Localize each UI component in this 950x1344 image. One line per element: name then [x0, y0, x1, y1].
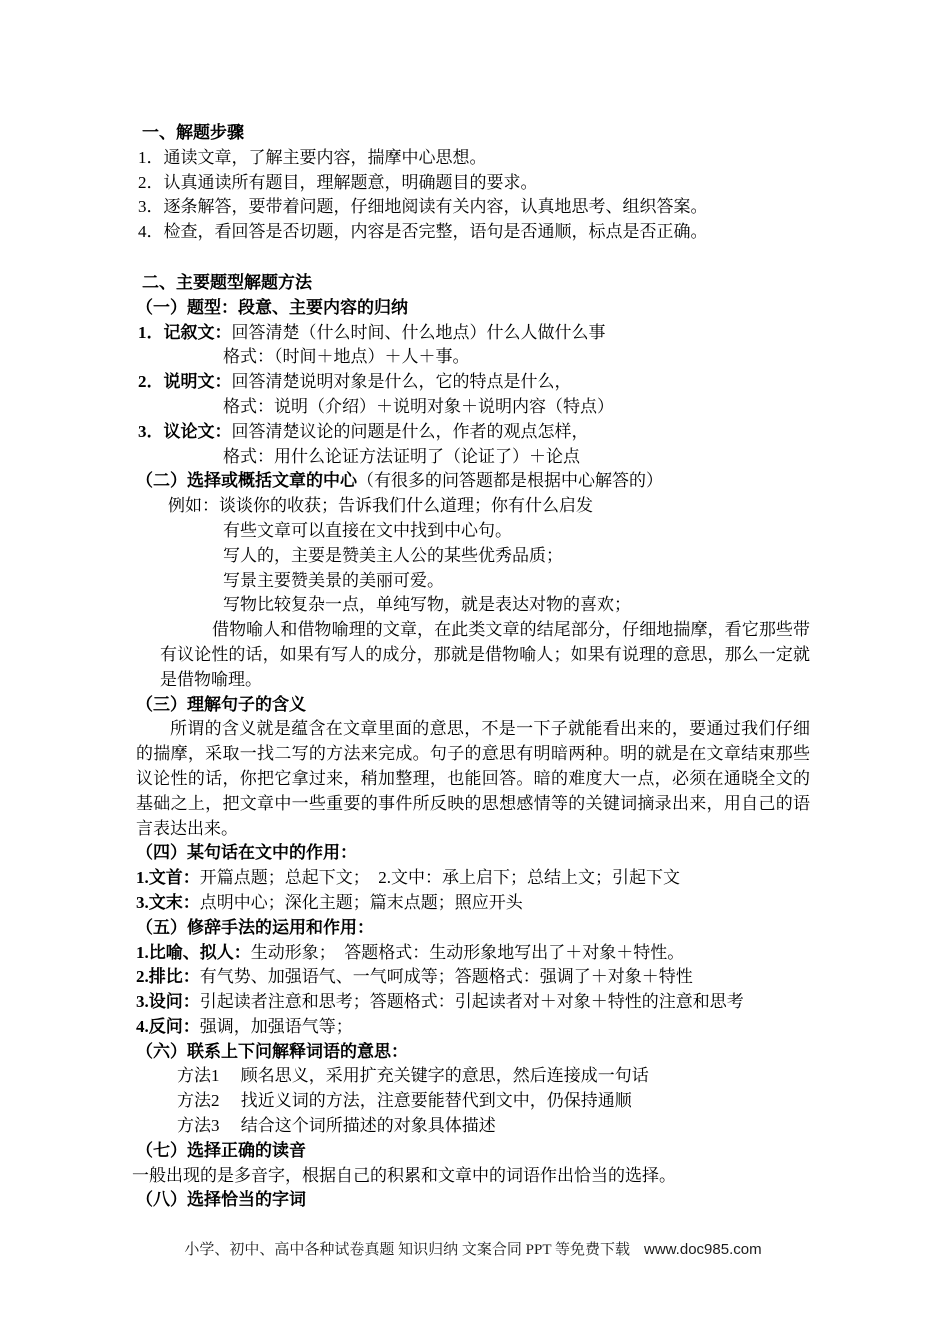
format-line: 格式：说明（介绍）＋说明对象＋说明内容（特点）: [223, 395, 810, 420]
paragraph: 所谓的含义就是蕴含在文章里面的意思，不是一下子就能看出来的，要通过我们仔细的揣摩…: [136, 717, 810, 841]
list-item: 1.文首：开篇点题；总起下文； 2.文中：承上启下；总结上文；引起下文: [136, 866, 810, 891]
text-run: 一般出现的是多音字，根据自己的积累和文章中的词语作出恰当的选择。: [132, 1166, 676, 1185]
text-run: （有很多的问答题都是根据中心解答的）: [357, 471, 663, 490]
text-run: 强调，加强语气等；: [200, 1017, 353, 1036]
sub-heading: （六）联系上下问解释词语的意思：: [136, 1040, 810, 1065]
list-item: 1．记叙文：回答清楚（什么时间、什么地点）什么人做什么事: [138, 321, 810, 346]
bold-text-run: 3．议论文：: [138, 422, 232, 441]
blank-line: [136, 245, 810, 271]
bold-text-run: 3.文末：: [136, 893, 200, 912]
sub-heading: （八）选择恰当的字词: [136, 1188, 810, 1213]
bold-text-run: （二）选择或概括文章的中心: [136, 471, 357, 490]
example-line: 写物比较复杂一点，单纯写物，就是表达对物的喜欢；: [223, 593, 810, 618]
text-run: 2．认真通读所有题目，理解题意，明确题目的要求。: [138, 173, 538, 192]
footer-text: 小学、初中、高中各种试卷真题 知识归纳 文案合同 PPT 等免费下载: [184, 1242, 630, 1258]
text-run: 3．逐条解答，要带着问题，仔细地阅读有关内容，认真地思考、组织答案。: [138, 197, 708, 216]
text-run: 例如：谈谈你的收获；告诉我们什么道理；你有什么启发: [168, 496, 593, 515]
format-line: 格式：（时间＋地点）＋人＋事。: [223, 345, 810, 370]
footer-url: www.doc985.com: [644, 1241, 762, 1258]
text-run: 回答清楚议论的问题是什么，作者的观点怎样，: [232, 422, 589, 441]
body-line: 一般出现的是多音字，根据自己的积累和文章中的词语作出恰当的选择。: [132, 1164, 810, 1189]
method-line: 方法2 找近义词的方法，注意要能替代到文中，仍保持通顺: [177, 1089, 810, 1114]
text-run: 方法1 顾名思义，采用扩充关键字的意思，然后连接成一句话: [177, 1066, 649, 1085]
bold-text-run: 二、主要题型解题方法: [142, 273, 312, 292]
bold-text-run: 1.比喻、拟人：: [136, 943, 251, 962]
page-footer: 小学、初中、高中各种试卷真题 知识归纳 文案合同 PPT 等免费下载www.do…: [136, 1238, 810, 1259]
bold-text-run: （一）题型：段意、主要内容的归纳: [136, 298, 408, 317]
bold-text-run: 2．说明文：: [138, 372, 232, 391]
section-heading: 二、主要题型解题方法: [142, 271, 810, 296]
list-item: 3.文末：点明中心；深化主题；篇末点题；照应开头: [136, 891, 810, 916]
bold-text-run: （三）理解句子的含义: [136, 695, 306, 714]
text-run: 引起读者注意和思考；答题格式：引起读者对＋对象＋特性的注意和思考: [200, 992, 744, 1011]
text-run: 回答清楚（什么时间、什么地点）什么人做什么事: [232, 323, 606, 342]
bold-text-run: 1.文首：: [136, 868, 200, 887]
list-item: 3．逐条解答，要带着问题，仔细地阅读有关内容，认真地思考、组织答案。: [138, 195, 810, 220]
text-run: 生动形象； 答题格式：生动形象地写出了＋对象＋特性。: [251, 943, 685, 962]
section-heading: 一、解题步骤: [142, 121, 810, 146]
example-line: 写景主要赞美景的美丽可爱。: [223, 569, 810, 594]
text-run: 回答清楚说明对象是什么，它的特点是什么，: [232, 372, 572, 391]
text-run: 1．通读文章，了解主要内容，揣摩中心思想。: [138, 148, 487, 167]
document-page: 一、解题步骤1．通读文章，了解主要内容，揣摩中心思想。2．认真通读所有题目，理解…: [0, 0, 950, 1259]
list-item: 1.比喻、拟人：生动形象； 答题格式：生动形象地写出了＋对象＋特性。: [136, 941, 810, 966]
text-run: 有些文章可以直接在文中找到中心句。: [223, 521, 512, 540]
text-run: 写景主要赞美景的美丽可爱。: [223, 571, 444, 590]
bold-text-run: （五）修辞手法的运用和作用：: [136, 918, 374, 937]
example-line: 写人的，主要是赞美主人公的某些优秀品质；: [223, 544, 810, 569]
paragraph: 借物喻人和借物喻理的文章，在此类文章的结尾部分，仔细地揣摩，看它那些带有议论性的…: [160, 618, 810, 692]
example-line: 例如：谈谈你的收获；告诉我们什么道理；你有什么启发: [168, 494, 810, 519]
text-run: 写人的，主要是赞美主人公的某些优秀品质；: [223, 546, 563, 565]
sub-heading: （七）选择正确的读音: [136, 1139, 810, 1164]
text-run: 方法3 结合这个词所描述的对象具体描述: [177, 1116, 496, 1135]
text-run: 借物喻人和借物喻理的文章，在此类文章的结尾部分，仔细地揣摩，看它那些带有议论性的…: [160, 620, 810, 689]
sub-heading: （一）题型：段意、主要内容的归纳: [136, 296, 810, 321]
bold-text-run: 3.设问：: [136, 992, 200, 1011]
list-item: 1．通读文章，了解主要内容，揣摩中心思想。: [138, 146, 810, 171]
bold-text-run: 2.排比：: [136, 967, 200, 986]
list-item: 3．议论文：回答清楚议论的问题是什么，作者的观点怎样，: [138, 420, 810, 445]
bold-text-run: （八）选择恰当的字词: [136, 1190, 306, 1209]
bold-text-run: 4.反问：: [136, 1017, 200, 1036]
list-item: 3.设问：引起读者注意和思考；答题格式：引起读者对＋对象＋特性的注意和思考: [136, 990, 810, 1015]
text-run: 格式：说明（介绍）＋说明对象＋说明内容（特点）: [223, 397, 614, 416]
text-run: 开篇点题；总起下文； 2.文中：承上启下；总结上文；引起下文: [200, 868, 680, 887]
format-line: 格式：用什么论证方法证明了（论证了）＋论点: [223, 445, 810, 470]
method-line: 方法1 顾名思义，采用扩充关键字的意思，然后连接成一句话: [177, 1064, 810, 1089]
sub-heading: （四）某句话在文中的作用：: [136, 841, 810, 866]
sub-heading: （三）理解句子的含义: [136, 693, 810, 718]
text-run: 格式：（时间＋地点）＋人＋事。: [223, 347, 470, 366]
list-item: 2.排比：有气势、加强语气、一气呵成等；答题格式：强调了＋对象＋特性: [136, 965, 810, 990]
bold-text-run: （四）某句话在文中的作用：: [136, 843, 357, 862]
example-line: 有些文章可以直接在文中找到中心句。: [223, 519, 810, 544]
list-item: 2．说明文：回答清楚说明对象是什么，它的特点是什么，: [138, 370, 810, 395]
list-item: 4．检查，看回答是否切题，内容是否完整，语句是否通顺，标点是否正确。: [138, 220, 810, 245]
text-run: 点明中心；深化主题；篇末点题；照应开头: [200, 893, 523, 912]
document-body: 一、解题步骤1．通读文章，了解主要内容，揣摩中心思想。2．认真通读所有题目，理解…: [136, 121, 810, 1213]
bold-text-run: 一、解题步骤: [142, 123, 244, 142]
text-run: 写物比较复杂一点，单纯写物，就是表达对物的喜欢；: [223, 595, 631, 614]
list-item: 2．认真通读所有题目，理解题意，明确题目的要求。: [138, 171, 810, 196]
text-run: 所谓的含义就是蕴含在文章里面的意思，不是一下子就能看出来的，要通过我们仔细的揣摩…: [136, 719, 810, 837]
list-item: 4.反问：强调，加强语气等；: [136, 1015, 810, 1040]
bold-text-run: （六）联系上下问解释词语的意思：: [136, 1042, 408, 1061]
bold-text-run: 1．记叙文：: [138, 323, 232, 342]
text-run: 格式：用什么论证方法证明了（论证了）＋论点: [223, 447, 580, 466]
method-line: 方法3 结合这个词所描述的对象具体描述: [177, 1114, 810, 1139]
sub-heading: （五）修辞手法的运用和作用：: [136, 916, 810, 941]
sub-heading: （二）选择或概括文章的中心（有很多的问答题都是根据中心解答的）: [136, 469, 810, 494]
text-run: 方法2 找近义词的方法，注意要能替代到文中，仍保持通顺: [177, 1091, 632, 1110]
text-run: 有气势、加强语气、一气呵成等；答题格式：强调了＋对象＋特性: [200, 967, 693, 986]
bold-text-run: （七）选择正确的读音: [136, 1141, 306, 1160]
text-run: 4．检查，看回答是否切题，内容是否完整，语句是否通顺，标点是否正确。: [138, 222, 708, 241]
